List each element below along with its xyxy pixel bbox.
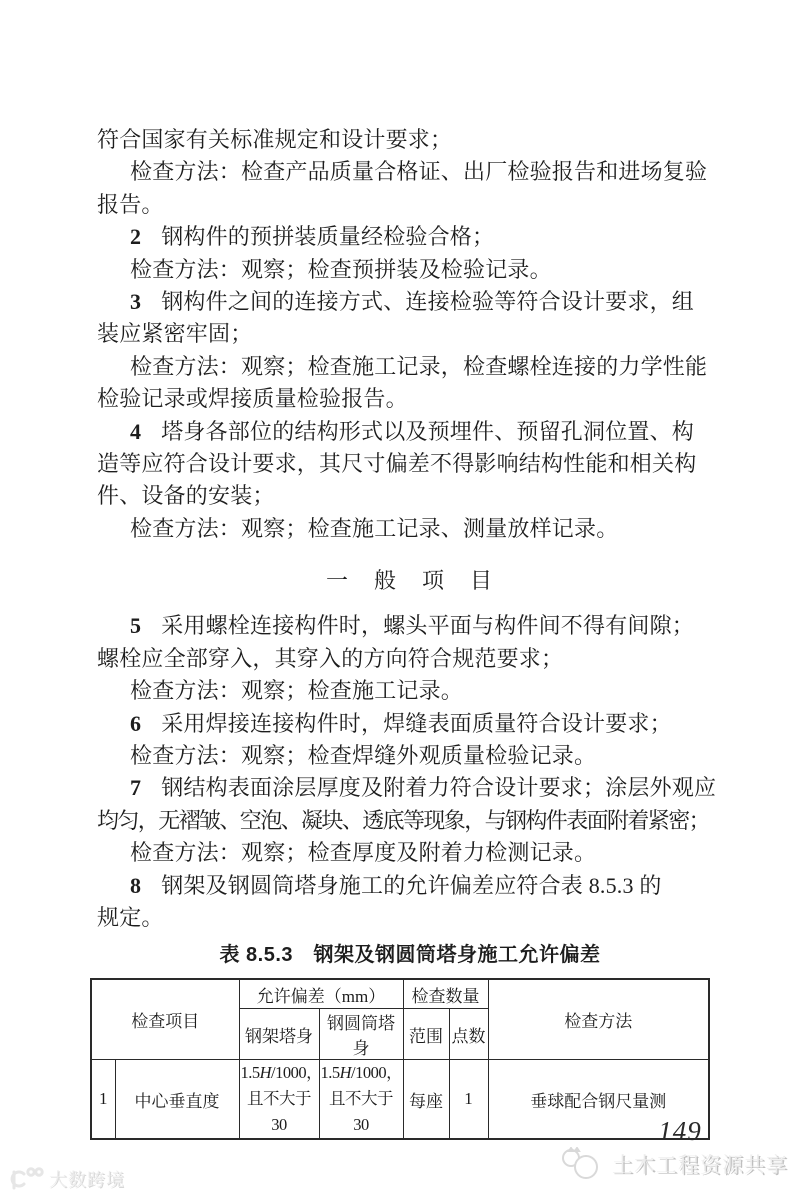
row-points: 1: [449, 1060, 488, 1140]
line-text: 检查方法：观察；检查焊缝外观质量检验记录。: [130, 743, 596, 768]
line-text: 符合国家有关标准规定和设计要求；: [97, 127, 452, 152]
line-text: 检查方法：观察；检查施工记录、测量放样记录。: [130, 516, 618, 541]
line-text: 采用螺栓连接构件时，螺头平面与构件间不得有间隙；: [161, 613, 694, 638]
body-line: 检查方法：观察；检查施工记录。: [97, 675, 723, 707]
line-text: 钢构件之间的连接方式、连接检验等符合设计要求，组: [161, 289, 694, 314]
dev-value: /1000，: [271, 1063, 319, 1082]
clause-number: 4: [130, 419, 141, 444]
line-text: 均匀，无褶皱、空泡、凝块、透底等现象，与钢构件表面附着紧密；: [97, 808, 709, 833]
line-text: 钢构件的预拼装质量经检验合格；: [161, 224, 494, 249]
line-text: 钢架及钢圆筒塔身施工的允许偏差应符合表 8.5.3 的: [161, 873, 661, 898]
watermark-left: 大数跨境: [10, 1166, 125, 1192]
row-range: 每座: [403, 1060, 449, 1140]
row-dev-steel-frame: 1.5H/1000，且不大于 30: [239, 1060, 319, 1140]
body-line: 7钢结构表面涂层厚度及附着力符合设计要求；涂层外观应: [97, 772, 723, 804]
bigdata-logo-icon: [10, 1166, 44, 1192]
col-header-range: 范围: [403, 1009, 449, 1060]
col-header-steel-cylinder: 钢圆筒塔身: [319, 1009, 403, 1060]
body-line: 规定。: [97, 902, 723, 934]
col-header-allow-dev: 允许偏差（mm）: [239, 979, 403, 1009]
body-line: 检查方法：观察；检查施工记录、测量放样记录。: [97, 513, 723, 545]
dev-value: 1.5: [241, 1063, 260, 1082]
body-line: 检查方法：观察；检查施工记录，检查螺栓连接的力学性能: [97, 351, 723, 383]
dev-value: 1.5: [321, 1063, 340, 1082]
body-line: 检查方法：检查产品质量合格证、出厂检验报告和进场复验: [97, 156, 723, 188]
body-line: 螺栓应全部穿入，其穿入的方向符合规范要求；: [97, 643, 723, 675]
line-text: 塔身各部位的结构形式以及预埋件、预留孔洞位置、构: [161, 419, 694, 444]
line-text: 造等应符合设计要求，其尺寸偏差不得影响结构性能和相关构: [97, 451, 696, 476]
line-text: 检查方法：观察；检查施工记录。: [130, 678, 463, 703]
body-line: 件、设备的安装；: [97, 480, 723, 512]
body-line: 装应紧密牢固；: [97, 318, 723, 350]
col-header-method: 检查方法: [488, 979, 709, 1060]
row-number: 1: [91, 1060, 115, 1140]
body-line: 5采用螺栓连接构件时，螺头平面与构件间不得有间隙；: [97, 610, 723, 642]
line-text: 钢结构表面涂层厚度及附着力符合设计要求；涂层外观应: [161, 775, 716, 800]
body-line: 均匀，无褶皱、空泡、凝块、透底等现象，与钢构件表面附着紧密；: [97, 805, 723, 837]
body-line: 报告。: [97, 189, 723, 221]
col-header-steel-frame: 钢架塔身: [239, 1009, 319, 1060]
line-text: 采用焊接连接构件时，焊缝表面质量符合设计要求；: [161, 711, 672, 736]
deviation-table: 检查项目 允许偏差（mm） 检查数量 检查方法 钢架塔身 钢圆筒塔身 范围 点数…: [90, 978, 710, 1140]
table-title: 表 8.5.3 钢架及钢圆筒塔身施工允许偏差: [97, 942, 723, 969]
body-line: 检查方法：观察；检查焊缝外观质量检验记录。: [97, 740, 723, 772]
line-text: 螺栓应全部穿入，其穿入的方向符合规范要求；: [97, 646, 563, 671]
clause-number: 7: [130, 775, 141, 800]
body-line: 2钢构件的预拼装质量经检验合格；: [97, 221, 723, 253]
col-header-item: 检查项目: [91, 979, 239, 1060]
clause-number: 2: [130, 224, 141, 249]
line-text: 检查方法：观察；检查预拼装及检验记录。: [130, 257, 552, 282]
dev-value: /1000，: [351, 1063, 402, 1082]
watermark-right: 土木工程资源共享: [559, 1147, 788, 1181]
body-line: 符合国家有关标准规定和设计要求；: [97, 124, 723, 156]
page-body: 符合国家有关标准规定和设计要求； 检查方法：检查产品质量合格证、出厂检验报告和进…: [97, 124, 723, 1140]
body-line: 4塔身各部位的结构形式以及预埋件、预留孔洞位置、构: [97, 416, 723, 448]
line-text: 检验记录或焊接质量检验报告。: [97, 386, 408, 411]
section-heading: 一 般 项 目: [97, 565, 723, 597]
dev-variable: H: [260, 1063, 271, 1082]
body-line: 检验记录或焊接质量检验报告。: [97, 383, 723, 415]
mascot-icon: [559, 1147, 605, 1181]
col-header-check-qty: 检查数量: [403, 979, 488, 1009]
dev-limit: 且不大于 30: [247, 1089, 311, 1134]
line-text: 规定。: [97, 905, 164, 930]
document-page: 符合国家有关标准规定和设计要求； 检查方法：检查产品质量合格证、出厂检验报告和进…: [0, 0, 804, 1200]
dev-variable: H: [340, 1063, 351, 1082]
clause-number: 3: [130, 289, 141, 314]
line-text: 检查方法：观察；检查厚度及附着力检测记录。: [130, 840, 596, 865]
page-number: 149: [625, 1116, 735, 1147]
body-line: 8钢架及钢圆筒塔身施工的允许偏差应符合表 8.5.3 的: [97, 870, 723, 902]
col-header-points: 点数: [449, 1009, 488, 1060]
clause-number: 6: [130, 711, 141, 736]
line-text: 件、设备的安装；: [97, 483, 275, 508]
line-text: 检查方法：检查产品质量合格证、出厂检验报告和进场复验: [130, 159, 707, 184]
body-line: 3钢构件之间的连接方式、连接检验等符合设计要求，组: [97, 286, 723, 318]
row-dev-steel-cylinder: 1.5H/1000，且不大于 30: [319, 1060, 403, 1140]
clause-number: 8: [130, 873, 141, 898]
row-item: 中心垂直度: [115, 1060, 239, 1140]
clause-number: 5: [130, 613, 141, 638]
dev-limit: 且不大于 30: [329, 1089, 393, 1134]
table-row: 1 中心垂直度 1.5H/1000，且不大于 30 1.5H/1000，且不大于…: [91, 1060, 709, 1140]
line-text: 报告。: [97, 192, 164, 217]
body-line: 造等应符合设计要求，其尺寸偏差不得影响结构性能和相关构: [97, 448, 723, 480]
body-line: 6采用焊接连接构件时，焊缝表面质量符合设计要求；: [97, 708, 723, 740]
body-line: 检查方法：观察；检查预拼装及检验记录。: [97, 254, 723, 286]
line-text: 装应紧密牢固；: [97, 321, 252, 346]
watermark-right-text: 土木工程资源共享: [612, 1149, 788, 1179]
watermark-left-text: 大数跨境: [49, 1166, 125, 1192]
line-text: 检查方法：观察；检查施工记录，检查螺栓连接的力学性能: [130, 354, 707, 379]
body-line: 检查方法：观察；检查厚度及附着力检测记录。: [97, 837, 723, 869]
